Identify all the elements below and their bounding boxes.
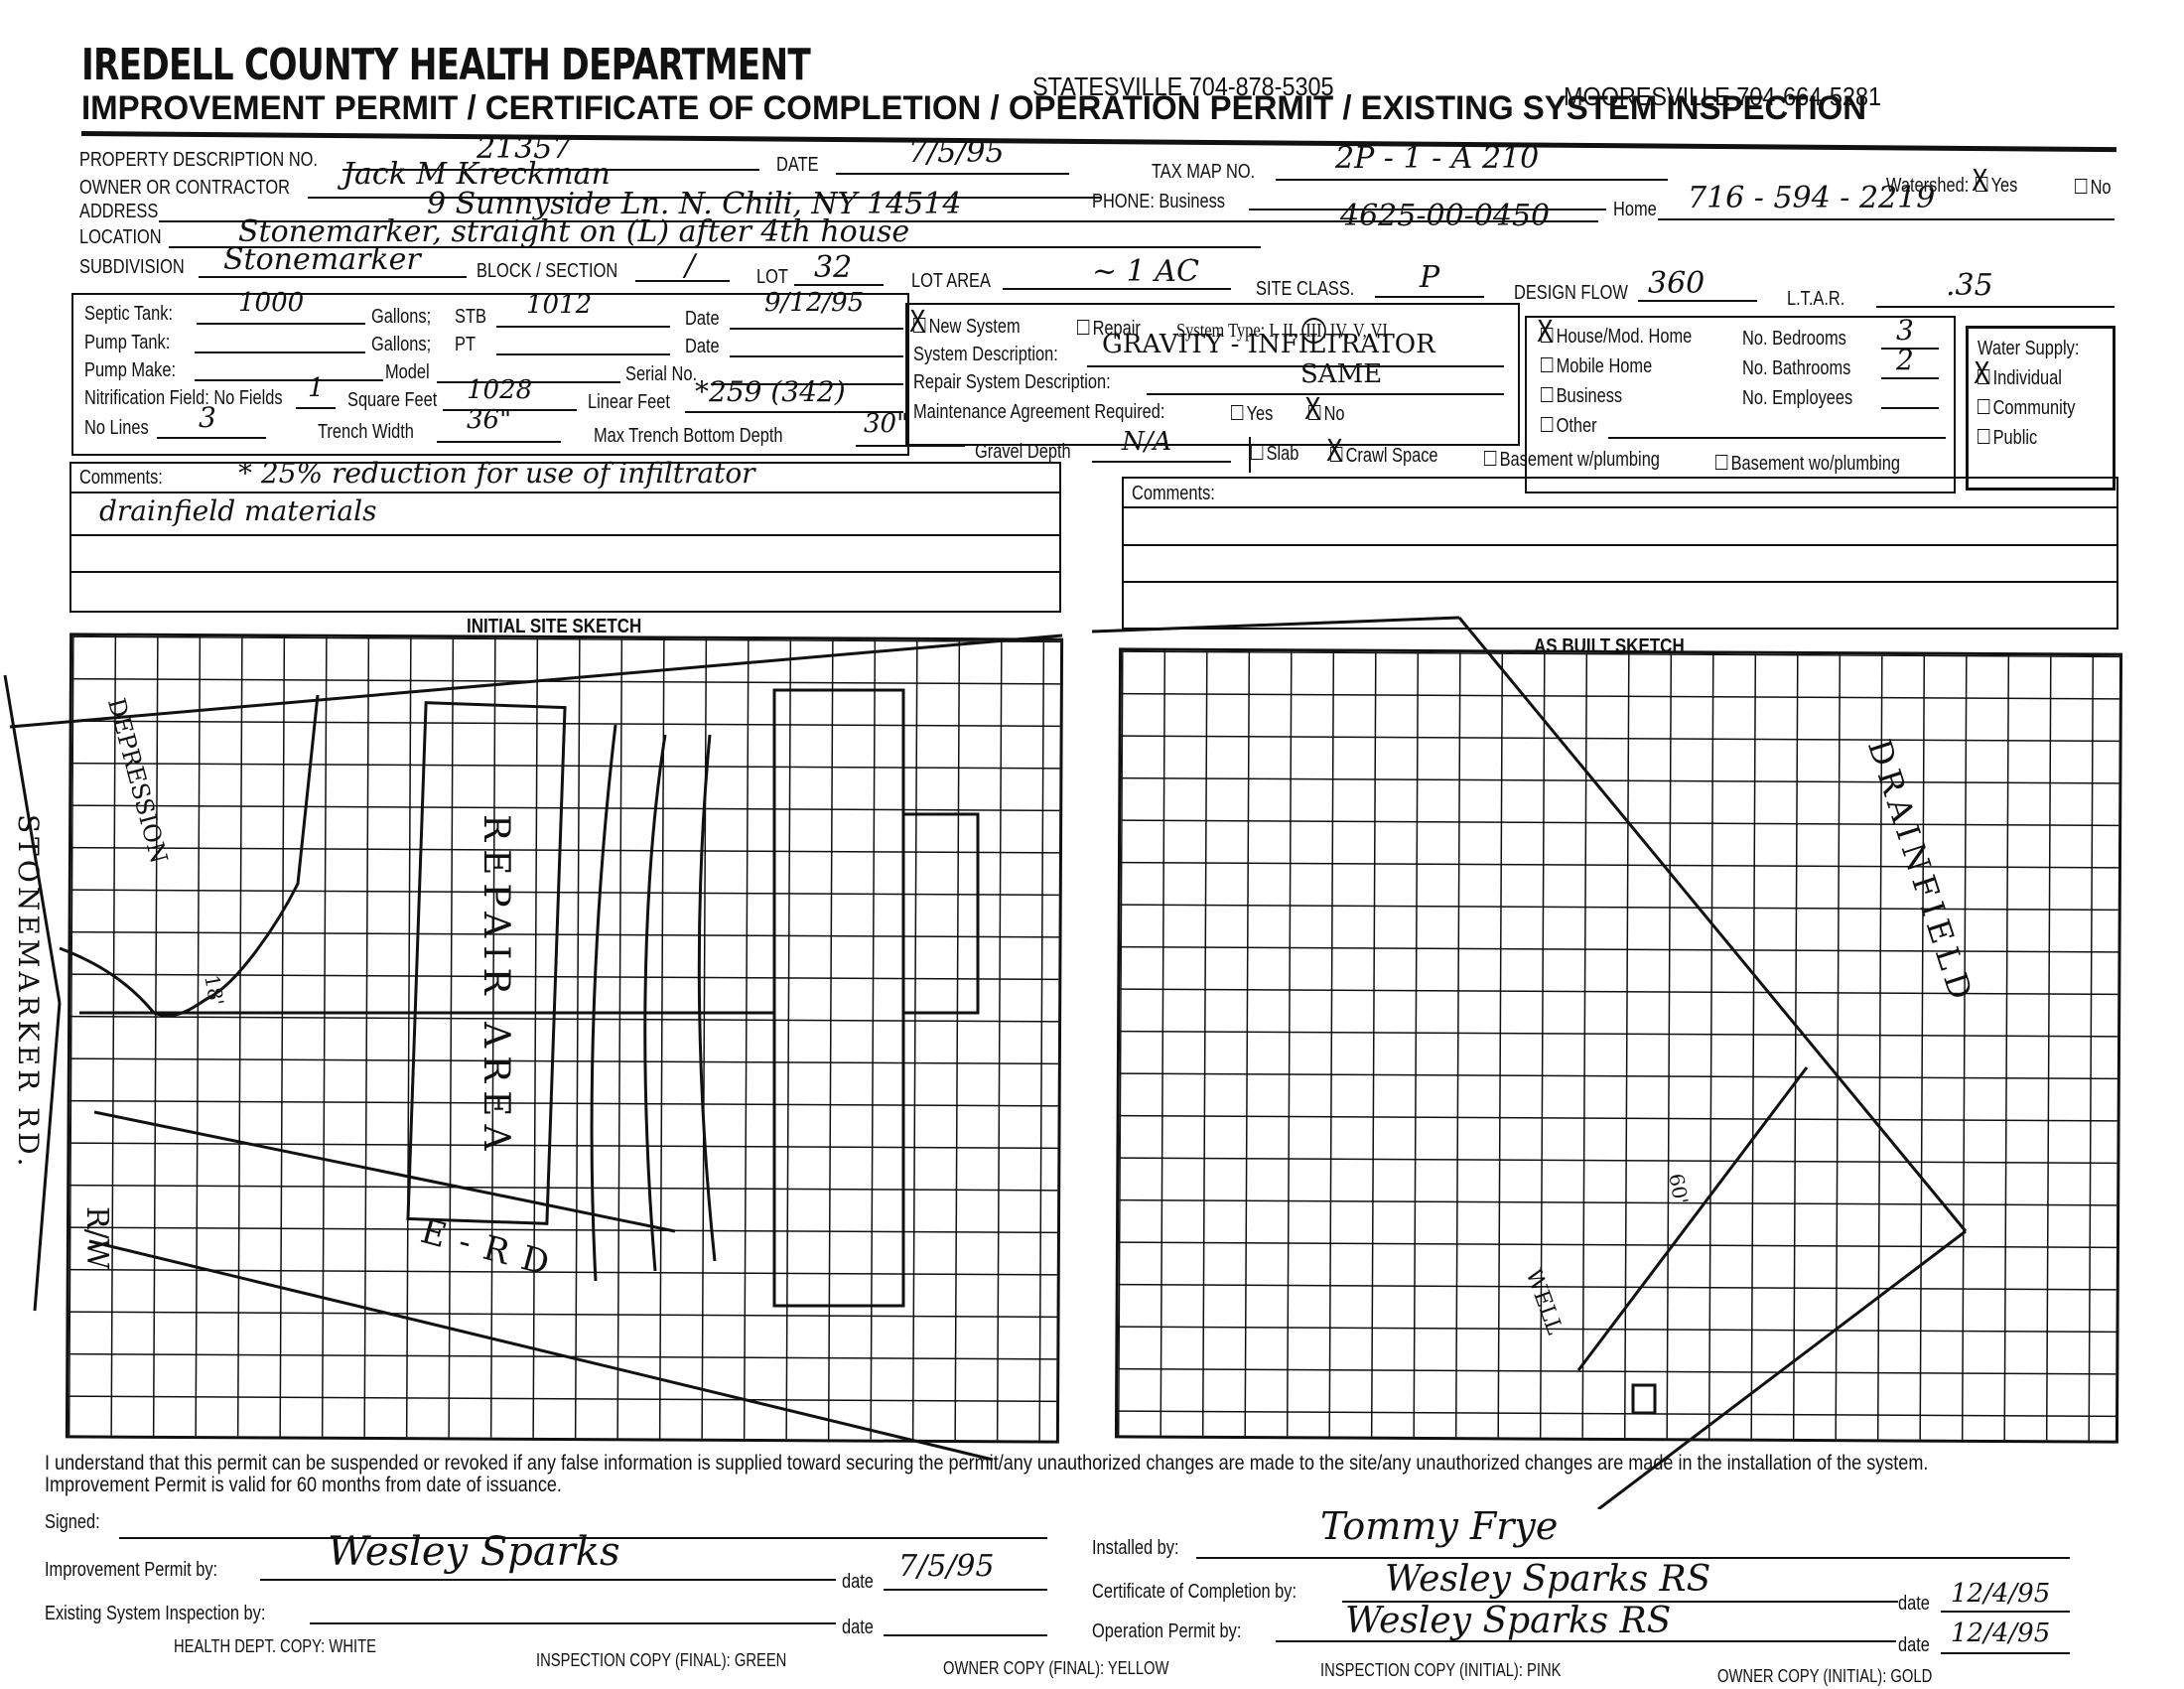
bedrooms-field[interactable]: 3	[1896, 314, 1914, 347]
address-label: ADDRESS	[79, 201, 158, 223]
building-other[interactable]: Other	[1541, 415, 1597, 438]
operation-date-field[interactable]: 12/4/95	[1951, 1619, 2050, 1648]
existing-inspection-label: Existing System Inspection by:	[45, 1603, 265, 1625]
signed-label: Signed:	[45, 1511, 100, 1534]
repair-description-field[interactable]: SAME	[1300, 359, 1382, 389]
disclaimer-line2: Improvement Permit is valid for 60 month…	[45, 1474, 562, 1497]
foundation-basement-w[interactable]: Basement w/plumbing	[1484, 449, 1660, 472]
home-phone-label: Home	[1613, 199, 1657, 221]
ltar-label: L.T.A.R.	[1787, 288, 1844, 311]
repair-area-label: REPAIR AREA	[476, 814, 516, 1158]
comments-right-box[interactable]	[1122, 477, 2118, 630]
maintenance-no[interactable]: No	[1308, 403, 1345, 426]
rw-label: R/W	[79, 1206, 114, 1270]
comments-right-label: Comments:	[1132, 483, 1215, 505]
linear-feet-field[interactable]: *259 (342)	[695, 375, 846, 408]
ltar-field[interactable]: .35	[1946, 268, 1993, 303]
no-lines-field[interactable]: 3	[199, 401, 216, 434]
existing-date-label: date	[842, 1617, 874, 1639]
lot-area-field[interactable]: ~ 1 AC	[1092, 254, 1199, 289]
trench-width-label: Trench Width	[318, 421, 414, 444]
building-house[interactable]: House/Mod. Home	[1541, 326, 1692, 349]
certificate-label: Certificate of Completion by:	[1092, 1581, 1297, 1604]
subdivision-label: SUBDIVISION	[79, 256, 185, 279]
owner-label: OWNER OR CONTRACTOR	[79, 177, 290, 200]
block-section-label: BLOCK / SECTION	[477, 260, 617, 283]
linear-feet-label: Linear Feet	[588, 391, 670, 414]
operation-permit-label: Operation Permit by:	[1092, 1620, 1241, 1643]
subdivision-field[interactable]: Stonemarker	[223, 242, 421, 277]
dimension-label: 18'	[200, 973, 228, 1008]
disclaimer-line1: I understand that this permit can be sus…	[45, 1452, 1928, 1476]
septic-tank-field[interactable]: 1000	[238, 288, 304, 318]
header-rule	[81, 131, 2116, 152]
improvement-date-label: date	[842, 1571, 874, 1594]
copy-inspection-final: INSPECTION COPY (FINAL): GREEN	[536, 1650, 786, 1671]
design-flow-label: DESIGN FLOW	[1514, 282, 1628, 305]
system-description-field[interactable]: GRAVITY - INFILTRATOR	[1102, 330, 1435, 359]
water-supply-label: Water Supply:	[1978, 338, 2079, 360]
distance-label: 60'	[1664, 1172, 1693, 1206]
water-individual[interactable]: Individual	[1978, 367, 2062, 390]
watershed-no[interactable]: No	[2075, 177, 2112, 200]
date-label: DATE	[776, 154, 819, 177]
copy-inspection-initial: INSPECTION COPY (INITIAL): PINK	[1320, 1660, 1561, 1681]
comments-left-line2: drainfield materials	[99, 494, 376, 527]
operation-date-label: date	[1898, 1634, 1930, 1657]
system-description-label: System Description:	[913, 344, 1058, 366]
as-built-drawing	[1092, 616, 2184, 1509]
comments-left-label: Comments:	[79, 467, 163, 490]
square-feet-field[interactable]: 1028	[467, 375, 532, 405]
stb-label: STB	[455, 306, 486, 329]
copy-owner-initial: OWNER COPY (INITIAL): GOLD	[1717, 1666, 1932, 1687]
copy-health-dept: HEALTH DEPT. COPY: WHITE	[174, 1636, 376, 1657]
date-field[interactable]: 7/5/95	[908, 135, 1005, 170]
repair-description-label: Repair System Description:	[913, 371, 1111, 394]
improvement-date-field[interactable]: 7/5/95	[898, 1549, 995, 1584]
maintenance-label: Maintenance Agreement Required:	[913, 401, 1164, 424]
building-business[interactable]: Business	[1541, 385, 1622, 408]
block-section-field[interactable]: /	[685, 248, 695, 283]
building-mobile[interactable]: Mobile Home	[1541, 355, 1652, 378]
improvement-permit-label: Improvement Permit by:	[45, 1559, 217, 1582]
phone-business-label: PHONE: Business	[1092, 191, 1225, 213]
pt-label: PT	[455, 334, 476, 356]
copy-owner-final: OWNER COPY (FINAL): YELLOW	[943, 1658, 1168, 1679]
maintenance-yes[interactable]: Yes	[1231, 403, 1273, 426]
home-phone-field[interactable]: 716 - 594 - 2219	[1688, 181, 1935, 215]
septic-date-label: Date	[685, 308, 720, 331]
certificate-date-field[interactable]: 12/4/95	[1951, 1579, 2050, 1609]
no-fields-field[interactable]: 1	[308, 373, 325, 403]
foundation-crawl[interactable]: Crawl Space	[1330, 445, 1438, 468]
max-depth-label: Max Trench Bottom Depth	[594, 425, 783, 448]
septic-date-field[interactable]: 9/12/95	[764, 288, 864, 318]
bedrooms-label: No. Bedrooms	[1742, 328, 1846, 351]
pump-tank-label: Pump Tank:	[84, 332, 170, 354]
certificate-signature[interactable]: Wesley Sparks RS	[1385, 1559, 1710, 1600]
employees-label: No. Employees	[1742, 387, 1852, 410]
pump-make-label: Pump Make:	[84, 359, 176, 382]
septic-tank-label: Septic Tank:	[84, 303, 173, 326]
department-title: IREDELL COUNTY HEALTH DEPARTMENT	[81, 40, 810, 90]
square-feet-label: Square Feet	[347, 389, 437, 412]
no-lines-label: No Lines	[84, 417, 149, 440]
nitrification-label: Nitrification Field: No Fields	[84, 387, 283, 410]
location-label: LOCATION	[79, 226, 162, 249]
bathrooms-field[interactable]: 2	[1896, 344, 1914, 376]
pump-gallons-label: Gallons;	[371, 334, 431, 356]
comments-left-line1: * 25% reduction for use of infiltrator	[238, 457, 755, 490]
property-description-label: PROPERTY DESCRIPTION NO.	[79, 149, 318, 172]
new-system-checkbox[interactable]: New System	[913, 316, 1021, 339]
trench-width-field[interactable]: 36"	[467, 405, 511, 435]
bathrooms-label: No. Bathrooms	[1742, 357, 1850, 380]
watershed-yes[interactable]: Yes	[1976, 175, 2017, 198]
max-depth-field[interactable]: 30"	[864, 409, 908, 439]
site-class-field[interactable]: P	[1420, 260, 1439, 295]
initial-sketch-drawing	[0, 596, 1092, 1489]
serial-label: Serial No.	[625, 363, 697, 386]
pump-date-label: Date	[685, 336, 720, 358]
installed-by-field[interactable]: Tommy Frye	[1320, 1504, 1558, 1548]
site-class-label: SITE CLASS.	[1256, 278, 1354, 301]
tax-map-field[interactable]: 2P - 1 - A 210	[1335, 141, 1539, 176]
tax-map-label: TAX MAP NO.	[1152, 161, 1255, 184]
address-extra-field[interactable]: 4625-00-0450	[1340, 199, 1550, 233]
stb-field[interactable]: 1012	[526, 290, 592, 320]
form-title: IMPROVEMENT PERMIT / CERTIFICATE OF COMP…	[81, 89, 1866, 128]
operation-permit-signature[interactable]: Wesley Sparks RS	[1345, 1601, 1671, 1641]
lot-label: LOT	[756, 266, 788, 289]
foundation-basement-wo[interactable]: Basement wo/plumbing	[1715, 453, 1900, 476]
improvement-permit-signature[interactable]: Wesley Sparks	[328, 1529, 620, 1575]
lot-area-label: LOT AREA	[911, 270, 991, 293]
design-flow-field[interactable]: 360	[1648, 266, 1705, 301]
installed-by-label: Installed by:	[1092, 1537, 1179, 1560]
lot-field[interactable]: 32	[814, 250, 852, 285]
foundation-slab[interactable]: Slab	[1251, 443, 1298, 466]
street-label: STONEMARKER RD.	[12, 814, 45, 1171]
certificate-date-label: date	[1898, 1593, 1930, 1616]
gallons-label: Gallons;	[371, 306, 431, 329]
water-public[interactable]: Public	[1978, 427, 2037, 450]
model-label: Model	[385, 361, 430, 384]
water-community[interactable]: Community	[1978, 397, 2076, 420]
